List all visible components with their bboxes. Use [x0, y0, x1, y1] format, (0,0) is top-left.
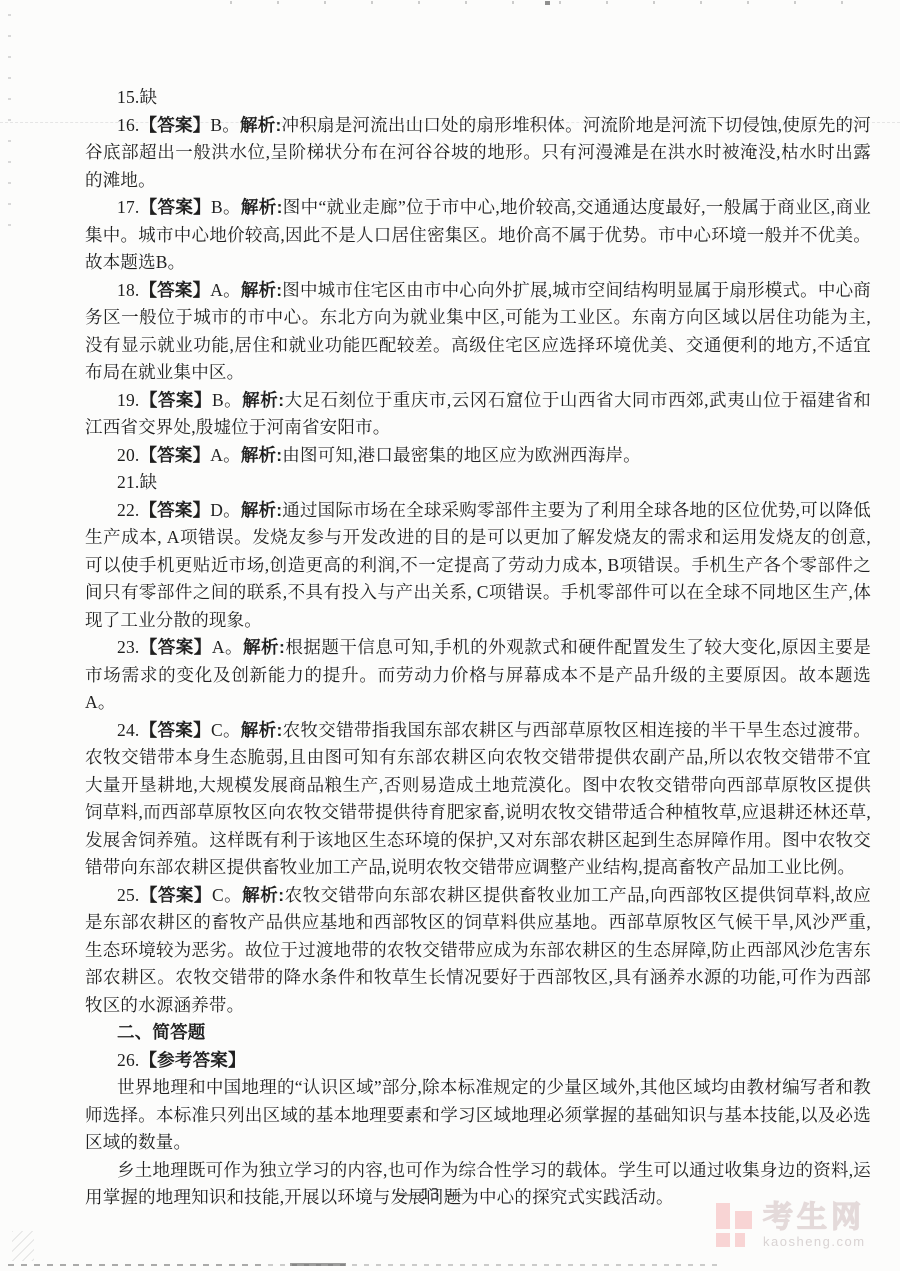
bold-label: 【答案】	[139, 885, 211, 905]
item-19: 19.【答案】B。解析:大足石刻位于重庆市,云冈石窟位于山西省大同市西郊,武夷山…	[85, 387, 871, 442]
text-segment: 25.	[117, 885, 139, 905]
bold-label: 解析:	[241, 445, 282, 465]
text-segment: 22.	[117, 500, 139, 520]
bold-label: 解析:	[241, 280, 282, 300]
scan-artifact-left-noise	[8, 14, 11, 239]
bold-label: 【答案】	[139, 390, 211, 410]
bold-label: 解析:	[241, 500, 282, 520]
text-segment: B。	[210, 115, 240, 135]
bold-label: 【答案】	[139, 115, 210, 135]
bold-label: 【答案】	[139, 720, 210, 740]
page-number: — 13 —	[398, 1184, 464, 1204]
item-24: 24.【答案】C。解析:农牧交错带指我国东部农耕区与西部草原牧区相连接的半干旱生…	[85, 717, 871, 882]
scan-artifact-bottom-dashes-left	[8, 1264, 263, 1266]
item-18: 18.【答案】A。解析:图中城市住宅区由市中心向外扩展,城市空间结构明显属于扇形…	[85, 277, 871, 387]
document-body: 15.缺16.【答案】B。解析:冲积扇是河流出山口处的扇形堆积体。河流阶地是河流…	[85, 84, 871, 1212]
section-heading-jianda: 二、简答题	[85, 1019, 871, 1047]
text-segment: 19.	[117, 390, 139, 410]
scan-artifact-top-noise	[230, 1, 885, 4]
text-segment: 26.	[117, 1050, 139, 1070]
watermark-site-url: kaosheng.com	[763, 1235, 866, 1248]
scanned-answer-page: { "page": { "background": "#fcfcfb", "te…	[0, 0, 900, 1271]
bold-label: 【答案】	[139, 637, 211, 657]
text-segment: C。	[211, 720, 241, 740]
text-segment: A。	[212, 637, 243, 657]
text-segment: B。	[211, 197, 241, 217]
text-segment: B。	[212, 390, 242, 410]
item-26: 26.【参考答案】	[85, 1047, 871, 1075]
bold-label: 【答案】	[139, 445, 210, 465]
text-segment: 世界地理和中国地理的“认识区域”部分,除本标准规定的少量区域外,其他区域均由教材…	[85, 1077, 871, 1152]
bold-label: 【答案】	[139, 500, 210, 520]
text-segment: 17.	[117, 197, 139, 217]
text-segment: A。	[210, 445, 241, 465]
item-21: 21.缺	[85, 469, 871, 497]
scan-artifact-bottom-dark-segment	[290, 1263, 346, 1266]
bold-label: 解析:	[240, 115, 281, 135]
text-segment: 16.	[117, 115, 139, 135]
scan-artifact-corner-specks	[12, 1231, 34, 1261]
text-segment: A。	[210, 280, 241, 300]
text-segment: 23.	[117, 637, 139, 657]
text-segment: 农牧交错带指我国东部农耕区与西部草原牧区相连接的半干旱生态过渡带。农牧交错带本身…	[85, 720, 871, 878]
kaosheng-logo-icon	[716, 1203, 752, 1247]
scan-artifact-top-speck	[545, 1, 550, 5]
text-segment: 21.缺	[117, 472, 157, 492]
bold-label: 解析:	[243, 637, 285, 657]
item-16: 16.【答案】B。解析:冲积扇是河流出山口处的扇形堆积体。河流阶地是河流下切侵蚀…	[85, 112, 871, 195]
watermark-site-name: 考生网	[763, 1203, 866, 1233]
text-segment: D。	[210, 500, 241, 520]
bold-label: 解析:	[242, 390, 284, 410]
item-26-para-1: 世界地理和中国地理的“认识区域”部分,除本标准规定的少量区域外,其他区域均由教材…	[85, 1074, 871, 1157]
bold-label: 【答案】	[139, 280, 210, 300]
text-segment: 24.	[117, 720, 139, 740]
item-20: 20.【答案】A。解析:由图可知,港口最密集的地区应为欧洲西海岸。	[85, 442, 871, 470]
item-15: 15.缺	[85, 84, 871, 112]
bold-label: 解析:	[241, 720, 283, 740]
text-segment: 乡土地理既可作为独立学习的内容,也可作为综合性学习的载体。学生可以通过收集身边的…	[85, 1160, 871, 1208]
bold-label: 【参考答案】	[139, 1050, 245, 1070]
item-17: 17.【答案】B。解析:图中“就业走廊”位于市中心,地价较高,交通通达度最好,一…	[85, 194, 871, 277]
text-segment: C。	[212, 885, 242, 905]
bold-label: 解析:	[242, 885, 284, 905]
bold-label: 解析:	[241, 197, 283, 217]
item-25: 25.【答案】C。解析:农牧交错带向东部农耕区提供畜牧业加工产品,向西部牧区提供…	[85, 882, 871, 1020]
text-segment: 20.	[117, 445, 139, 465]
text-segment: 18.	[117, 280, 139, 300]
kaosheng-watermark: 考生网 kaosheng.com	[716, 1203, 866, 1248]
item-23: 23.【答案】A。解析:根据题干信息可知,手机的外观款式和硬件配置发生了较大变化…	[85, 634, 871, 717]
bold-label: 【答案】	[139, 197, 211, 217]
text-segment: 由图可知,港口最密集的地区应为欧洲西海岸。	[282, 445, 641, 465]
bold-label: 二、简答题	[117, 1022, 206, 1042]
scan-artifact-bottom-dashes-right	[268, 1264, 718, 1266]
item-22: 22.【答案】D。解析:通过国际市场在全球采购零部件主要为了利用全球各地的区位优…	[85, 497, 871, 635]
text-segment: 15.缺	[117, 87, 157, 107]
watermark-text-block: 考生网 kaosheng.com	[763, 1203, 866, 1248]
